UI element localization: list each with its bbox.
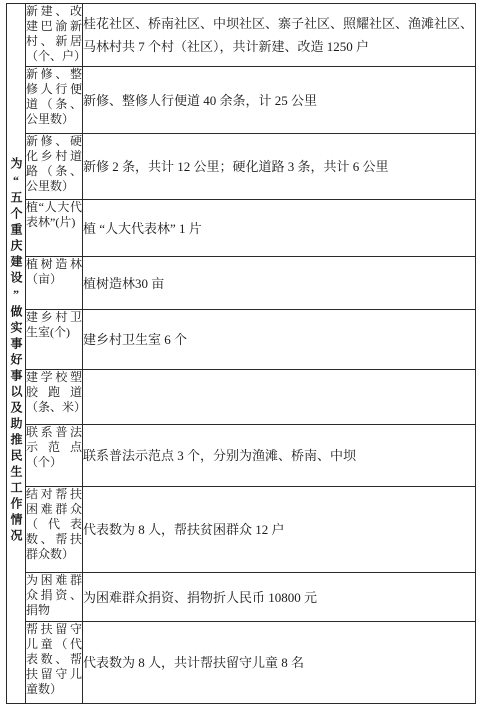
table-row: 为困难群众捐资、捐物 为困难群众捐资、捐物折人民币 10800 元 (7, 573, 476, 622)
row-content-cell: 联系普法示范点 3 个，分别为渔滩、桥南、中坝 (83, 425, 476, 487)
row-content-cell: 新修、整修人行便道 40 余条，计 25 公里 (83, 67, 476, 134)
row-label-cell: 建乡村卫生室(个) (26, 310, 83, 370)
row-content-cell: 为困难群众捐资、捐物折人民币 10800 元 (83, 573, 476, 622)
table-row: 植树造林（亩） 植树造林30 亩 (7, 257, 476, 310)
row-label-cell: 新修、整修人行便道（条、公里数） (26, 67, 83, 134)
report-table: 为“五个重庆建设”做实事好事以及助推民生工作情况 新建、改建巴渝新村、新居（个、… (6, 3, 476, 704)
row-content-cell: 新修 2 条，共计 12 公里；硬化道路 3 条，共计 6 公里 (83, 134, 476, 200)
row-content-cell: 植 “人大代表林” 1 片 (83, 200, 476, 257)
table-row: 联系普法示范点（个） 联系普法示范点 3 个，分别为渔滩、桥南、中坝 (7, 425, 476, 487)
row-label-cell: 帮扶留守儿童（代表数、帮扶留守儿童数） (26, 622, 83, 704)
page: { "page": { "background": "#ffffff", "bo… (0, 0, 479, 706)
table-row: 新修、硬化乡村道路（条、公里数） 新修 2 条，共计 12 公里；硬化道路 3 … (7, 134, 476, 200)
row-content-cell: 植树造林30 亩 (83, 257, 476, 310)
row-label-cell: 植“人大代表林”(片) (26, 200, 83, 257)
side-header-cell: 为“五个重庆建设”做实事好事以及助推民生工作情况 (7, 4, 26, 704)
table-row: 帮扶留守儿童（代表数、帮扶留守儿童数） 代表数为 8 人，共计帮扶留守儿童 8 … (7, 622, 476, 704)
row-label-cell: 结对帮扶困难群众（代表数、帮扶群众数） (26, 487, 83, 573)
document-page: 为“五个重庆建设”做实事好事以及助推民生工作情况 新建、改建巴渝新村、新居（个、… (6, 3, 476, 704)
row-content-cell: 代表数为 8 人，共计帮扶留守儿童 8 名 (83, 622, 476, 704)
row-label-cell: 联系普法示范点（个） (26, 425, 83, 487)
row-label-cell: 新修、硬化乡村道路（条、公里数） (26, 134, 83, 200)
table-row: 为“五个重庆建设”做实事好事以及助推民生工作情况 新建、改建巴渝新村、新居（个、… (7, 4, 476, 67)
row-content-cell: 代表数为 8 人，帮扶贫困群众 12 户 (83, 487, 476, 573)
table-row: 建学校塑胶跑道（条、米） (7, 370, 476, 425)
side-header-text: 为“五个重庆建设”做实事好事以及助推民生工作情况 (7, 157, 25, 545)
table-row: 新修、整修人行便道（条、公里数） 新修、整修人行便道 40 余条，计 25 公里 (7, 67, 476, 134)
row-content-cell: 桂花社区、桥南社区、中坝社区、寨子社区、照耀社区、渔滩社区、马林村共 7 个村（… (83, 4, 476, 67)
row-content-cell (83, 370, 476, 425)
row-label-cell: 植树造林（亩） (26, 257, 83, 310)
table-row: 建乡村卫生室(个) 建乡村卫生室 6 个 (7, 310, 476, 370)
table-row: 结对帮扶困难群众（代表数、帮扶群众数） 代表数为 8 人，帮扶贫困群众 12 户 (7, 487, 476, 573)
row-content-cell: 建乡村卫生室 6 个 (83, 310, 476, 370)
row-label-cell: 建学校塑胶跑道（条、米） (26, 370, 83, 425)
row-label-cell: 新建、改建巴渝新村、新居（个、户） (26, 4, 83, 67)
row-label-cell: 为困难群众捐资、捐物 (26, 573, 83, 622)
table-row: 植“人大代表林”(片) 植 “人大代表林” 1 片 (7, 200, 476, 257)
